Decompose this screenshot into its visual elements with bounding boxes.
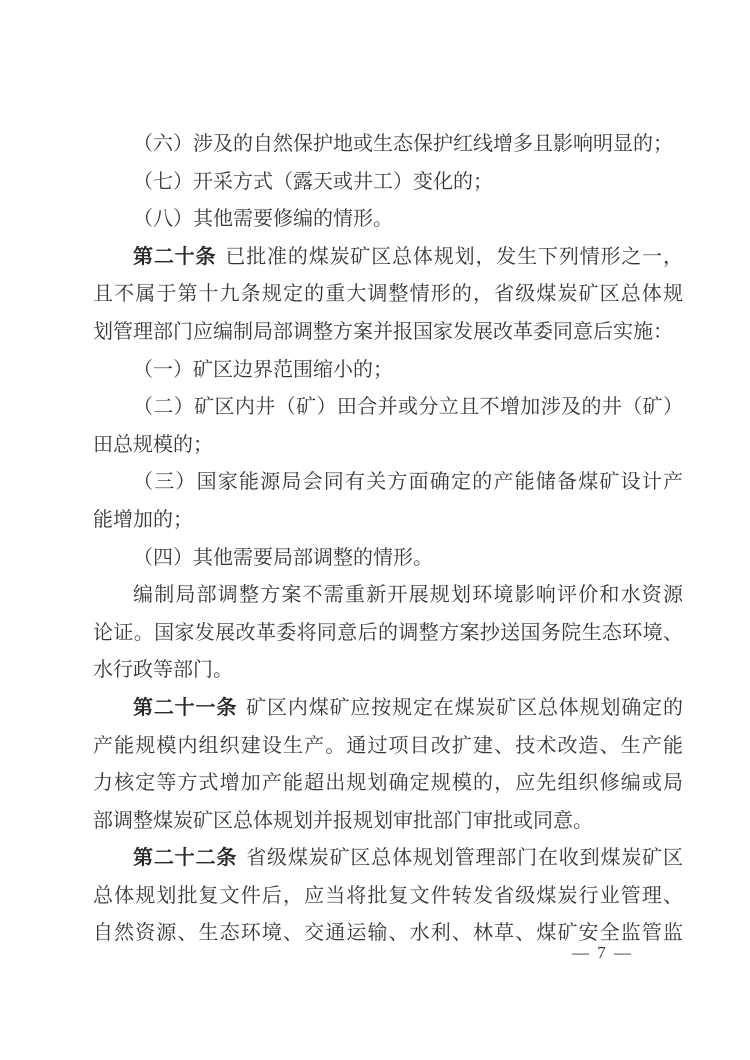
text-line: 部调整煤炭矿区总体规划并报规划审批部门审批或同意。 <box>93 803 683 841</box>
page-number: — 7 — <box>572 942 633 964</box>
paragraph: 编制局部调整方案不需重新开展规划环境影响评价和水资源 论证。国家发展改革委将同意… <box>93 577 683 690</box>
article-text: 矿区内煤矿应按规定在煤炭矿区总体规划确定的 <box>246 697 683 719</box>
paragraph: （一）矿区边界范围缩小的； <box>93 352 683 390</box>
text-line: （八）其他需要修编的情形。 <box>93 201 683 239</box>
text-line: 产能规模内组织建设生产。通过项目改扩建、技术改造、生产能 <box>93 728 683 766</box>
text-line: 力核定等方式增加产能超出规划确定规模的，应先组织修编或局 <box>93 765 683 803</box>
paragraph: （三）国家能源局会同有关方面确定的产能储备煤矿设计产 能增加的； <box>93 464 683 539</box>
article-number: 第二十一条 <box>133 697 237 719</box>
text-line: 划管理部门应编制局部调整方案并报国家发展改革委同意后实施： <box>93 314 683 352</box>
text-line: 且不属于第十九条规定的重大调整情形的，省级煤炭矿区总体规 <box>93 276 683 314</box>
article-number: 第二十二条 <box>133 847 237 869</box>
text-line: （七）开采方式（露天或井工）变化的； <box>93 164 683 202</box>
text-line: 第二十条已批准的煤炭矿区总体规划，发生下列情形之一， <box>93 239 683 277</box>
paragraph-article-22: 第二十二条省级煤炭矿区总体规划管理部门在收到煤炭矿区 总体规划批复文件后，应当将… <box>93 840 683 953</box>
article-text: 已批准的煤炭矿区总体规划，发生下列情形之一， <box>225 246 683 268</box>
paragraph-article-20: 第二十条已批准的煤炭矿区总体规划，发生下列情形之一， 且不属于第十九条规定的重大… <box>93 239 683 352</box>
text-line: 论证。国家发展改革委将同意后的调整方案抄送国务院生态环境、 <box>93 615 683 653</box>
article-text: 省级煤炭矿区总体规划管理部门在收到煤炭矿区 <box>246 847 683 869</box>
paragraph: （二）矿区内井（矿）田合并或分立且不增加涉及的井（矿） 田总规模的； <box>93 389 683 464</box>
paragraph: （七）开采方式（露天或井工）变化的； <box>93 164 683 202</box>
paragraph: （六）涉及的自然保护地或生态保护红线增多且影响明显的； <box>93 126 683 164</box>
paragraph: （八）其他需要修编的情形。 <box>93 201 683 239</box>
document-page: （六）涉及的自然保护地或生态保护红线增多且影响明显的； （七）开采方式（露天或井… <box>0 0 750 1060</box>
text-line: （四）其他需要局部调整的情形。 <box>93 540 683 578</box>
text-line: （三）国家能源局会同有关方面确定的产能储备煤矿设计产 <box>93 464 683 502</box>
text-line: 能增加的； <box>93 502 683 540</box>
paragraph: （四）其他需要局部调整的情形。 <box>93 540 683 578</box>
text-line: 田总规模的； <box>93 427 683 465</box>
text-line: 第二十二条省级煤炭矿区总体规划管理部门在收到煤炭矿区 <box>93 840 683 878</box>
text-line: 总体规划批复文件后，应当将批复文件转发省级煤炭行业管理、 <box>93 878 683 916</box>
paragraph-article-21: 第二十一条矿区内煤矿应按规定在煤炭矿区总体规划确定的 产能规模内组织建设生产。通… <box>93 690 683 840</box>
text-line: （一）矿区边界范围缩小的； <box>93 352 683 390</box>
text-line: 编制局部调整方案不需重新开展规划环境影响评价和水资源 <box>93 577 683 615</box>
text-line: 第二十一条矿区内煤矿应按规定在煤炭矿区总体规划确定的 <box>93 690 683 728</box>
article-number: 第二十条 <box>133 246 216 268</box>
text-line: 水行政等部门。 <box>93 652 683 690</box>
text-line: （六）涉及的自然保护地或生态保护红线增多且影响明显的； <box>93 126 683 164</box>
text-line: （二）矿区内井（矿）田合并或分立且不增加涉及的井（矿） <box>93 389 683 427</box>
document-body: （六）涉及的自然保护地或生态保护红线增多且影响明显的； （七）开采方式（露天或井… <box>93 126 683 953</box>
